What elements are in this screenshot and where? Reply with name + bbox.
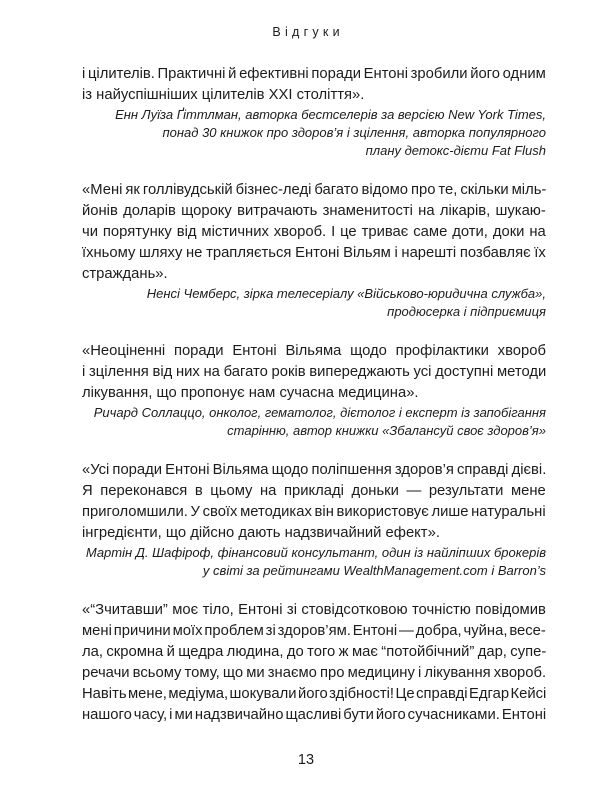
attribution-line: Енн Луїза Ґіттлман, авторка бестселерів …	[82, 106, 546, 124]
review-quote: «Неоціненні поради Ентоні Вільяма щодо п…	[82, 341, 546, 404]
running-head: Відгуки	[0, 24, 612, 40]
book-page: Відгуки і цілителів. Практичні й ефектив…	[0, 0, 612, 794]
quote-line: «Усі поради Ентоні Вільяма щодо поліпшен…	[82, 460, 546, 481]
quote-line: нашого часу, і ми надзвичайно щасливі бу…	[82, 705, 546, 726]
attribution-line: Ненсі Чемберс, зірка телесеріалу «Військ…	[82, 285, 546, 303]
review-quote: «Мені як голлівудській бізнес-леді багат…	[82, 180, 546, 285]
quote-line: мені причини моїх проблем зі здоров’ям. …	[82, 621, 546, 642]
reviews-section: і цілителів. Практичні й ефективні порад…	[82, 64, 546, 746]
page-number: 13	[0, 751, 612, 769]
attribution-line: у світі за рейтингами WealthManagement.c…	[82, 562, 546, 580]
quote-line: приголомшили. У своїх методиках він вико…	[82, 502, 546, 523]
quote-line: «“Зчитавши” моє тіло, Ентоні зі стовідсо…	[82, 600, 546, 621]
review-attribution: Енн Луїза Ґіттлман, авторка бестселерів …	[82, 106, 546, 160]
review-attribution: Ричард Соллаццо, онколог, гематолог, діє…	[82, 404, 546, 440]
quote-line: і цілителів. Практичні й ефективні порад…	[82, 64, 546, 85]
attribution-line: понад 30 книжок про здоров’я і зцілення,…	[82, 124, 546, 142]
attribution-line: Мартін Д. Шафіроф, фінансовий консультан…	[82, 544, 546, 562]
review-block: і цілителів. Практичні й ефективні порад…	[82, 64, 546, 160]
review-block: «Неоціненні поради Ентоні Вільяма щодо п…	[82, 341, 546, 440]
review-quote: «Усі поради Ентоні Вільяма щодо поліпшен…	[82, 460, 546, 544]
quote-line: із найуспішніших цілителів XXI століття»…	[82, 85, 546, 106]
review-attribution: Ненсі Чемберс, зірка телесеріалу «Військ…	[82, 285, 546, 321]
review-quote: і цілителів. Практичні й ефективні порад…	[82, 64, 546, 106]
quote-line: йонів доларів щороку витрачають знаменит…	[82, 201, 546, 222]
quote-line: Навіть мене, медіума, шокували його здіб…	[82, 684, 546, 705]
quote-line: «Неоціненні поради Ентоні Вільяма щодо п…	[82, 341, 546, 362]
quote-line: ла, скромна й щедра людина, до того ж ма…	[82, 642, 546, 663]
review-quote: «“Зчитавши” моє тіло, Ентоні зі стовідсо…	[82, 600, 546, 726]
quote-line: речачи всьому тому, що ми знаємо про мед…	[82, 663, 546, 684]
review-attribution: Мартін Д. Шафіроф, фінансовий консультан…	[82, 544, 546, 580]
attribution-line: плану детокс-дієти Fat Flush	[82, 142, 546, 160]
quote-line: інгредієнти, що дійсно дають надзвичайни…	[82, 523, 546, 544]
quote-line: страждань».	[82, 264, 546, 285]
quote-line: їхньому шляху не трапляється Ентоні Віль…	[82, 243, 546, 264]
attribution-line: старінню, автор книжки «Збалансуй своє з…	[82, 422, 546, 440]
quote-line: Я переконався в цьому на прикладі доньки…	[82, 481, 546, 502]
attribution-line: продюсерка і підприємиця	[82, 303, 546, 321]
quote-line: лікування, що пропонує нам сучасна медиц…	[82, 383, 546, 404]
quote-line: і зцілення від них на багато років випер…	[82, 362, 546, 383]
review-block: «“Зчитавши” моє тіло, Ентоні зі стовідсо…	[82, 600, 546, 726]
quote-line: чи порятунку від містичних хвороб. І це …	[82, 222, 546, 243]
review-block: «Усі поради Ентоні Вільяма щодо поліпшен…	[82, 460, 546, 580]
review-block: «Мені як голлівудській бізнес-леді багат…	[82, 180, 546, 321]
quote-line: «Мені як голлівудській бізнес-леді багат…	[82, 180, 546, 201]
attribution-line: Ричард Соллаццо, онколог, гематолог, діє…	[82, 404, 546, 422]
